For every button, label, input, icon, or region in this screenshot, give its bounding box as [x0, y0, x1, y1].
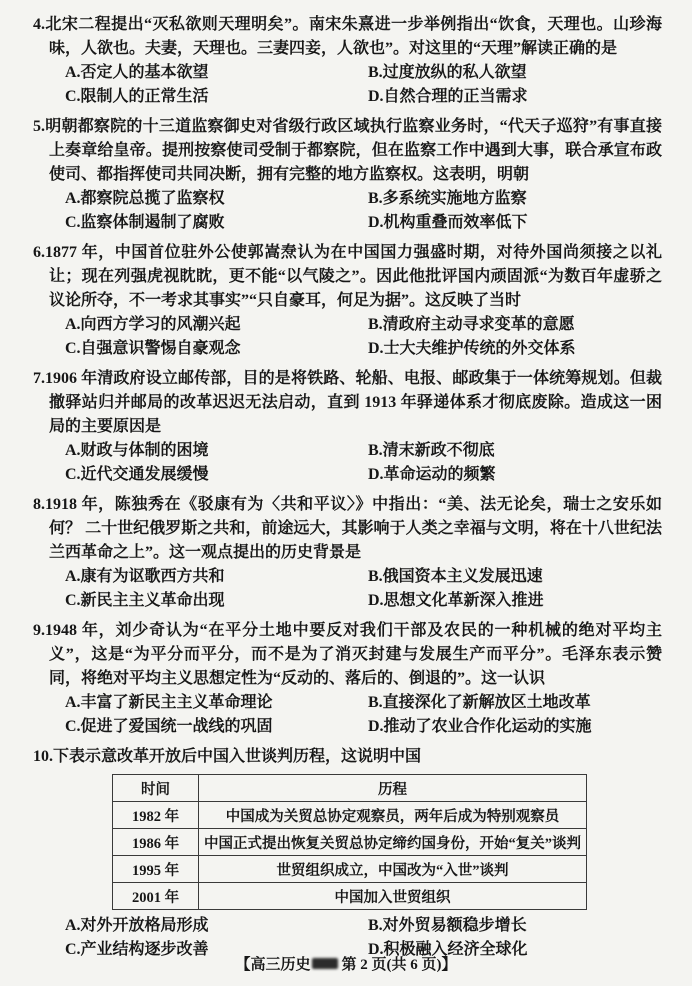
- question-5-option-c: C.监察体制遏制了腐败: [65, 211, 368, 235]
- question-8-stem-text: 1918 年，陈独秀在《驳康有为〈共和平议〉》中指出：“美、法无论矣，瑞士之安乐…: [45, 496, 662, 561]
- question-4-options: A.否定人的基本欲望 B.过度放纵的私人欲望 C.限制人的正常生活 D.自然合理…: [33, 61, 662, 109]
- question-5: 5.明朝都察院的十三道监察御史对省级行政区域执行监察业务时，“代天子巡狩”有事直…: [33, 115, 662, 235]
- table-header-event: 历程: [199, 775, 587, 802]
- publisher-logo-smudge: [312, 958, 338, 969]
- question-6-options: A.向西方学习的风潮兴起 B.清政府主动寻求变革的意愿 C.自强意识警惕自豪观念…: [33, 313, 662, 361]
- question-8-option-a: A.康有为讴歌西方共和: [65, 565, 368, 589]
- page-footer: 【高三历史第 2 页(共 6 页)】: [0, 953, 692, 974]
- footer-paper-title: 【高三历史: [235, 957, 310, 973]
- question-5-options: A.都察院总揽了监察权 B.多系统实施地方监察 C.监察体制遏制了腐败 D.机构…: [33, 187, 662, 235]
- footer-page-number: 第 2 页(共 6 页)】: [342, 957, 457, 973]
- question-4-stem: 4.北宋二程提出“灭私欲则天理明矣”。南宋朱熹进一步举例指出“饮食，天理也。山珍…: [33, 13, 662, 61]
- question-10: 10.下表示意改革开放后中国入世谈判历程，这说明中国 时间 历程 1982 年 …: [33, 745, 662, 962]
- table-cell-event: 世贸组织成立，中国改为“入世”谈判: [199, 856, 587, 883]
- question-7: 7.1906 年清政府设立邮传部，目的是将铁路、轮船、电报、邮政集于一体统筹规划…: [33, 367, 662, 487]
- question-7-option-a: A.财政与体制的困境: [65, 439, 368, 463]
- question-9: 9.1948 年，刘少奇认为“在平分土地中要反对我们干部及农民的一种机械的绝对平…: [33, 619, 662, 739]
- question-10-number: 10.: [33, 748, 53, 765]
- table-cell-event: 中国加入世贸组织: [199, 883, 587, 910]
- question-7-stem: 7.1906 年清政府设立邮传部，目的是将铁路、轮船、电报、邮政集于一体统筹规划…: [33, 367, 662, 439]
- question-4-option-d: D.自然合理的正当需求: [368, 85, 662, 109]
- question-4-number: 4.: [33, 16, 45, 33]
- question-9-options: A.丰富了新民主主义革命理论 B.直接深化了新解放区土地改革 C.促进了爱国统一…: [33, 691, 662, 739]
- question-4-stem-text: 北宋二程提出“灭私欲则天理明矣”。南宋朱熹进一步举例指出“饮食，天理也。山珍海味…: [45, 16, 662, 57]
- question-5-number: 5.: [33, 118, 45, 135]
- table-header-row: 时间 历程: [113, 775, 587, 802]
- question-8-stem: 8.1918 年，陈独秀在《驳康有为〈共和平议〉》中指出：“美、法无论矣，瑞士之…: [33, 493, 662, 565]
- question-4-option-b: B.过度放纵的私人欲望: [368, 61, 662, 85]
- table-row: 1995 年 世贸组织成立，中国改为“入世”谈判: [113, 856, 587, 883]
- table-cell-event: 中国正式提出恢复关贸总协定缔约国身份，开始“复关”谈判: [199, 829, 587, 856]
- table-row: 1982 年 中国成为关贸总协定观察员，两年后成为特别观察员: [113, 802, 587, 829]
- question-8-option-d: D.思想文化革新深入推进: [368, 589, 662, 613]
- question-4-option-c: C.限制人的正常生活: [65, 85, 368, 109]
- wto-negotiation-table: 时间 历程 1982 年 中国成为关贸总协定观察员，两年后成为特别观察员 198…: [112, 774, 587, 910]
- question-5-stem: 5.明朝都察院的十三道监察御史对省级行政区域执行监察业务时，“代天子巡狩”有事直…: [33, 115, 662, 187]
- question-4: 4.北宋二程提出“灭私欲则天理明矣”。南宋朱熹进一步举例指出“饮食，天理也。山珍…: [33, 13, 662, 109]
- question-9-option-c: C.促进了爱国统一战线的巩固: [65, 715, 368, 739]
- table-cell-time: 1995 年: [113, 856, 199, 883]
- question-7-number: 7.: [33, 370, 45, 387]
- table-cell-time: 2001 年: [113, 883, 199, 910]
- question-10-stem-text: 下表示意改革开放后中国入世谈判历程，这说明中国: [53, 748, 421, 765]
- question-10-stem: 10.下表示意改革开放后中国入世谈判历程，这说明中国: [33, 745, 662, 769]
- question-5-option-d: D.机构重叠而效率低下: [368, 211, 662, 235]
- question-7-options: A.财政与体制的困境 B.清末新政不彻底 C.近代交通发展缓慢 D.革命运动的频…: [33, 439, 662, 487]
- question-6-option-b: B.清政府主动寻求变革的意愿: [368, 313, 662, 337]
- question-9-option-b: B.直接深化了新解放区土地改革: [368, 691, 662, 715]
- table-row: 1986 年 中国正式提出恢复关贸总协定缔约国身份，开始“复关”谈判: [113, 829, 587, 856]
- question-6-option-d: D.士大夫维护传统的外交体系: [368, 337, 662, 361]
- question-9-number: 9.: [33, 622, 45, 639]
- question-6-option-c: C.自强意识警惕自豪观念: [65, 337, 368, 361]
- question-10-option-b: B.对外贸易额稳步增长: [368, 914, 662, 938]
- question-6-stem-text: 1877 年，中国首位驻外公使郭嵩焘认为在中国国力强盛时期，对待外国尚须接之以礼…: [45, 244, 662, 309]
- table-header-time: 时间: [113, 775, 199, 802]
- question-6-stem: 6.1877 年，中国首位驻外公使郭嵩焘认为在中国国力强盛时期，对待外国尚须接之…: [33, 241, 662, 313]
- question-9-stem: 9.1948 年，刘少奇认为“在平分土地中要反对我们干部及农民的一种机械的绝对平…: [33, 619, 662, 691]
- table-cell-time: 1986 年: [113, 829, 199, 856]
- question-5-option-a: A.都察院总揽了监察权: [65, 187, 368, 211]
- question-5-option-b: B.多系统实施地方监察: [368, 187, 662, 211]
- table-row: 2001 年 中国加入世贸组织: [113, 883, 587, 910]
- question-5-stem-text: 明朝都察院的十三道监察御史对省级行政区域执行监察业务时，“代天子巡狩”有事直接上…: [45, 118, 662, 183]
- question-10-option-a: A.对外开放格局形成: [65, 914, 368, 938]
- question-8-number: 8.: [33, 496, 45, 513]
- question-6-option-a: A.向西方学习的风潮兴起: [65, 313, 368, 337]
- question-7-option-c: C.近代交通发展缓慢: [65, 463, 368, 487]
- question-9-stem-text: 1948 年，刘少奇认为“在平分土地中要反对我们干部及农民的一种机械的绝对平均主…: [45, 622, 662, 687]
- question-9-option-a: A.丰富了新民主主义革命理论: [65, 691, 368, 715]
- exam-page: 4.北宋二程提出“灭私欲则天理明矣”。南宋朱熹进一步举例指出“饮食，天理也。山珍…: [0, 0, 692, 986]
- table-cell-event: 中国成为关贸总协定观察员，两年后成为特别观察员: [199, 802, 587, 829]
- table-cell-time: 1982 年: [113, 802, 199, 829]
- question-6: 6.1877 年，中国首位驻外公使郭嵩焘认为在中国国力强盛时期，对待外国尚须接之…: [33, 241, 662, 361]
- question-6-number: 6.: [33, 244, 45, 261]
- question-9-option-d: D.推动了农业合作化运动的实施: [368, 715, 662, 739]
- question-8-option-b: B.俄国资本主义发展迅速: [368, 565, 662, 589]
- question-7-option-d: D.革命运动的频繁: [368, 463, 662, 487]
- question-4-option-a: A.否定人的基本欲望: [65, 61, 368, 85]
- question-8-options: A.康有为讴歌西方共和 B.俄国资本主义发展迅速 C.新民主主义革命出现 D.思…: [33, 565, 662, 613]
- question-8-option-c: C.新民主主义革命出现: [65, 589, 368, 613]
- question-7-stem-text: 1906 年清政府设立邮传部，目的是将铁路、轮船、电报、邮政集于一体统筹规划。但…: [45, 370, 662, 435]
- question-7-option-b: B.清末新政不彻底: [368, 439, 662, 463]
- question-8: 8.1918 年，陈独秀在《驳康有为〈共和平议〉》中指出：“美、法无论矣，瑞士之…: [33, 493, 662, 613]
